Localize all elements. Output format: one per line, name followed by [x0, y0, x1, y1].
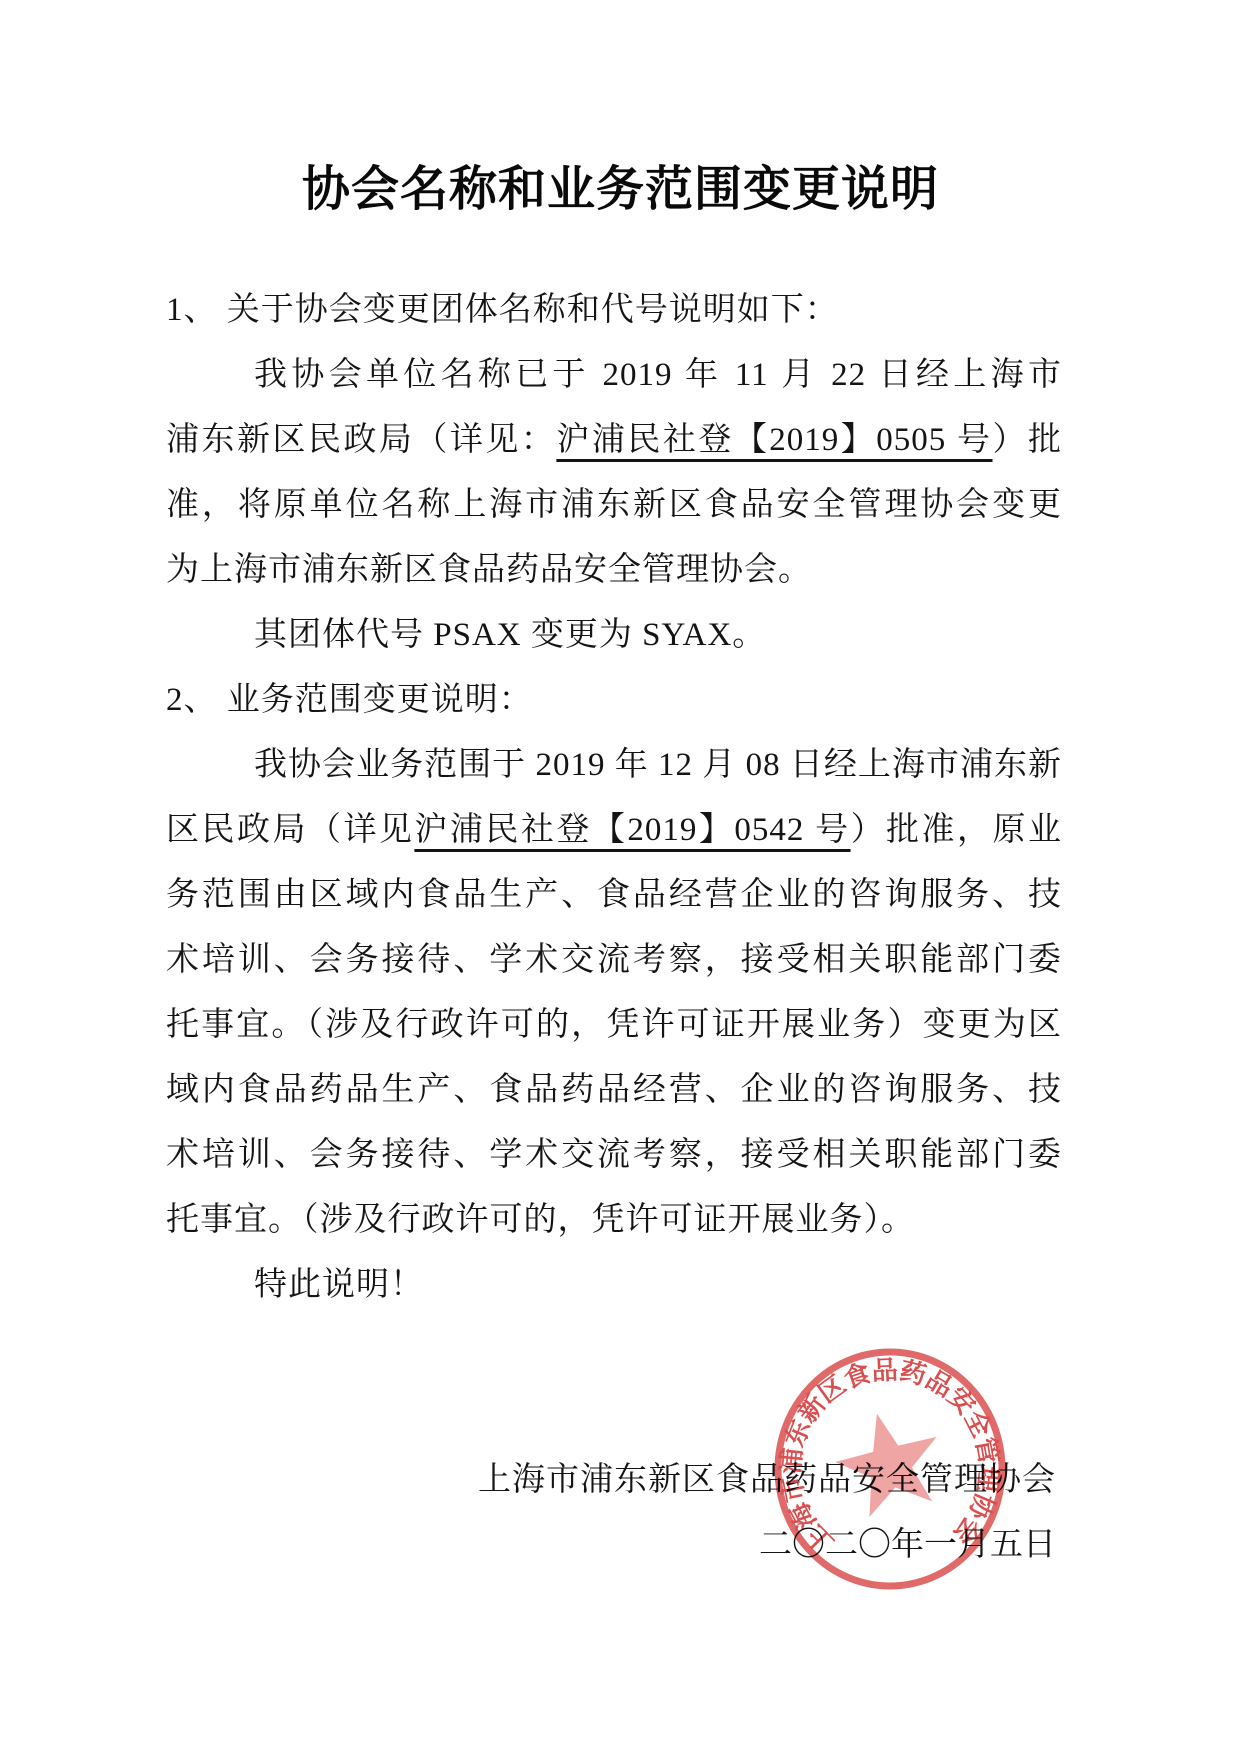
line-text: ）批准，原业 — [851, 812, 1062, 848]
document-line: 为上海市浦东新区食品药品安全管理协会。 — [166, 538, 1062, 603]
document-line: 术培训、会务接待、学术交流考察，接受相关职能部门委 — [166, 1123, 1062, 1188]
document-line: 浦东新区民政局（详见：沪浦民社登【2019】0505 号）批 — [166, 408, 1062, 473]
underlined-reference: 沪浦民社登【2019】0542 号 — [414, 812, 850, 848]
document-line: 我协会业务范围于 2019 年 12 月 08 日经上海市浦东新 — [166, 733, 1062, 798]
line-text: 1、 关于协会变更团体名称和代号说明如下： — [166, 292, 839, 328]
document-line: 托事宜。（涉及行政许可的，凭许可证开展业务）变更为区 — [166, 993, 1062, 1058]
line-text: 为上海市浦东新区食品药品安全管理协会。 — [166, 552, 812, 588]
line-text: 托事宜。（涉及行政许可的，凭许可证开展业务）。 — [166, 1202, 915, 1238]
line-text: 托事宜。（涉及行政许可的，凭许可证开展业务）变更为区 — [166, 1007, 1062, 1043]
line-text: 准，将原单位名称上海市浦东新区食品安全管理协会变更 — [166, 487, 1062, 523]
document-body: 1、 关于协会变更团体名称和代号说明如下：我协会单位名称已于 2019 年 11… — [166, 278, 1062, 1318]
document-line: 准，将原单位名称上海市浦东新区食品安全管理协会变更 — [166, 473, 1062, 538]
document-line: 托事宜。（涉及行政许可的，凭许可证开展业务）。 — [166, 1188, 1062, 1253]
document-line: 务范围由区域内食品生产、食品经营企业的咨询服务、技 — [166, 863, 1062, 928]
official-seal-stamp: 上海市浦东新区食品药品安全管理协会 — [766, 1344, 1014, 1594]
line-text: 2、 业务范围变更说明： — [166, 682, 533, 718]
seal-star-icon — [826, 1401, 951, 1522]
document-line: 1、 关于协会变更团体名称和代号说明如下： — [166, 278, 1062, 343]
document-line: 我协会单位名称已于 2019 年 11 月 22 日经上海市 — [166, 343, 1062, 408]
document-line: 其团体代号 PSAX 变更为 SYAX。 — [166, 603, 1062, 668]
line-text: 术培训、会务接待、学术交流考察，接受相关职能部门委 — [166, 1137, 1062, 1173]
document-line: 区民政局（详见沪浦民社登【2019】0542 号）批准，原业 — [166, 798, 1062, 863]
line-text: 浦东新区民政局（详见： — [166, 422, 556, 458]
line-text: 我协会单位名称已于 2019 年 11 月 22 日经上海市 — [254, 357, 1062, 393]
line-text: 术培训、会务接待、学术交流考察，接受相关职能部门委 — [166, 942, 1062, 978]
line-text: 特此说明！ — [254, 1267, 424, 1303]
line-text: 域内食品药品生产、食品药品经营、企业的咨询服务、技 — [166, 1072, 1062, 1108]
line-text: 区民政局（详见 — [166, 812, 414, 848]
underlined-reference: 沪浦民社登【2019】0505 号 — [556, 422, 992, 458]
document-line: 2、 业务范围变更说明： — [166, 668, 1062, 733]
line-text: 务范围由区域内食品生产、食品经营企业的咨询服务、技 — [166, 877, 1062, 913]
document-line: 特此说明！ — [166, 1253, 1062, 1318]
document-line: 术培训、会务接待、学术交流考察，接受相关职能部门委 — [166, 928, 1062, 993]
line-text: 我协会业务范围于 2019 年 12 月 08 日经上海市浦东新 — [254, 747, 1062, 783]
document-line: 域内食品药品生产、食品药品经营、企业的咨询服务、技 — [166, 1058, 1062, 1123]
document-page: 协会名称和业务范围变更说明 1、 关于协会变更团体名称和代号说明如下：我协会单位… — [0, 0, 1241, 1754]
line-text: ）批 — [993, 422, 1063, 458]
line-text: 其团体代号 PSAX 变更为 SYAX。 — [254, 617, 766, 653]
page-title: 协会名称和业务范围变更说明 — [0, 150, 1241, 219]
